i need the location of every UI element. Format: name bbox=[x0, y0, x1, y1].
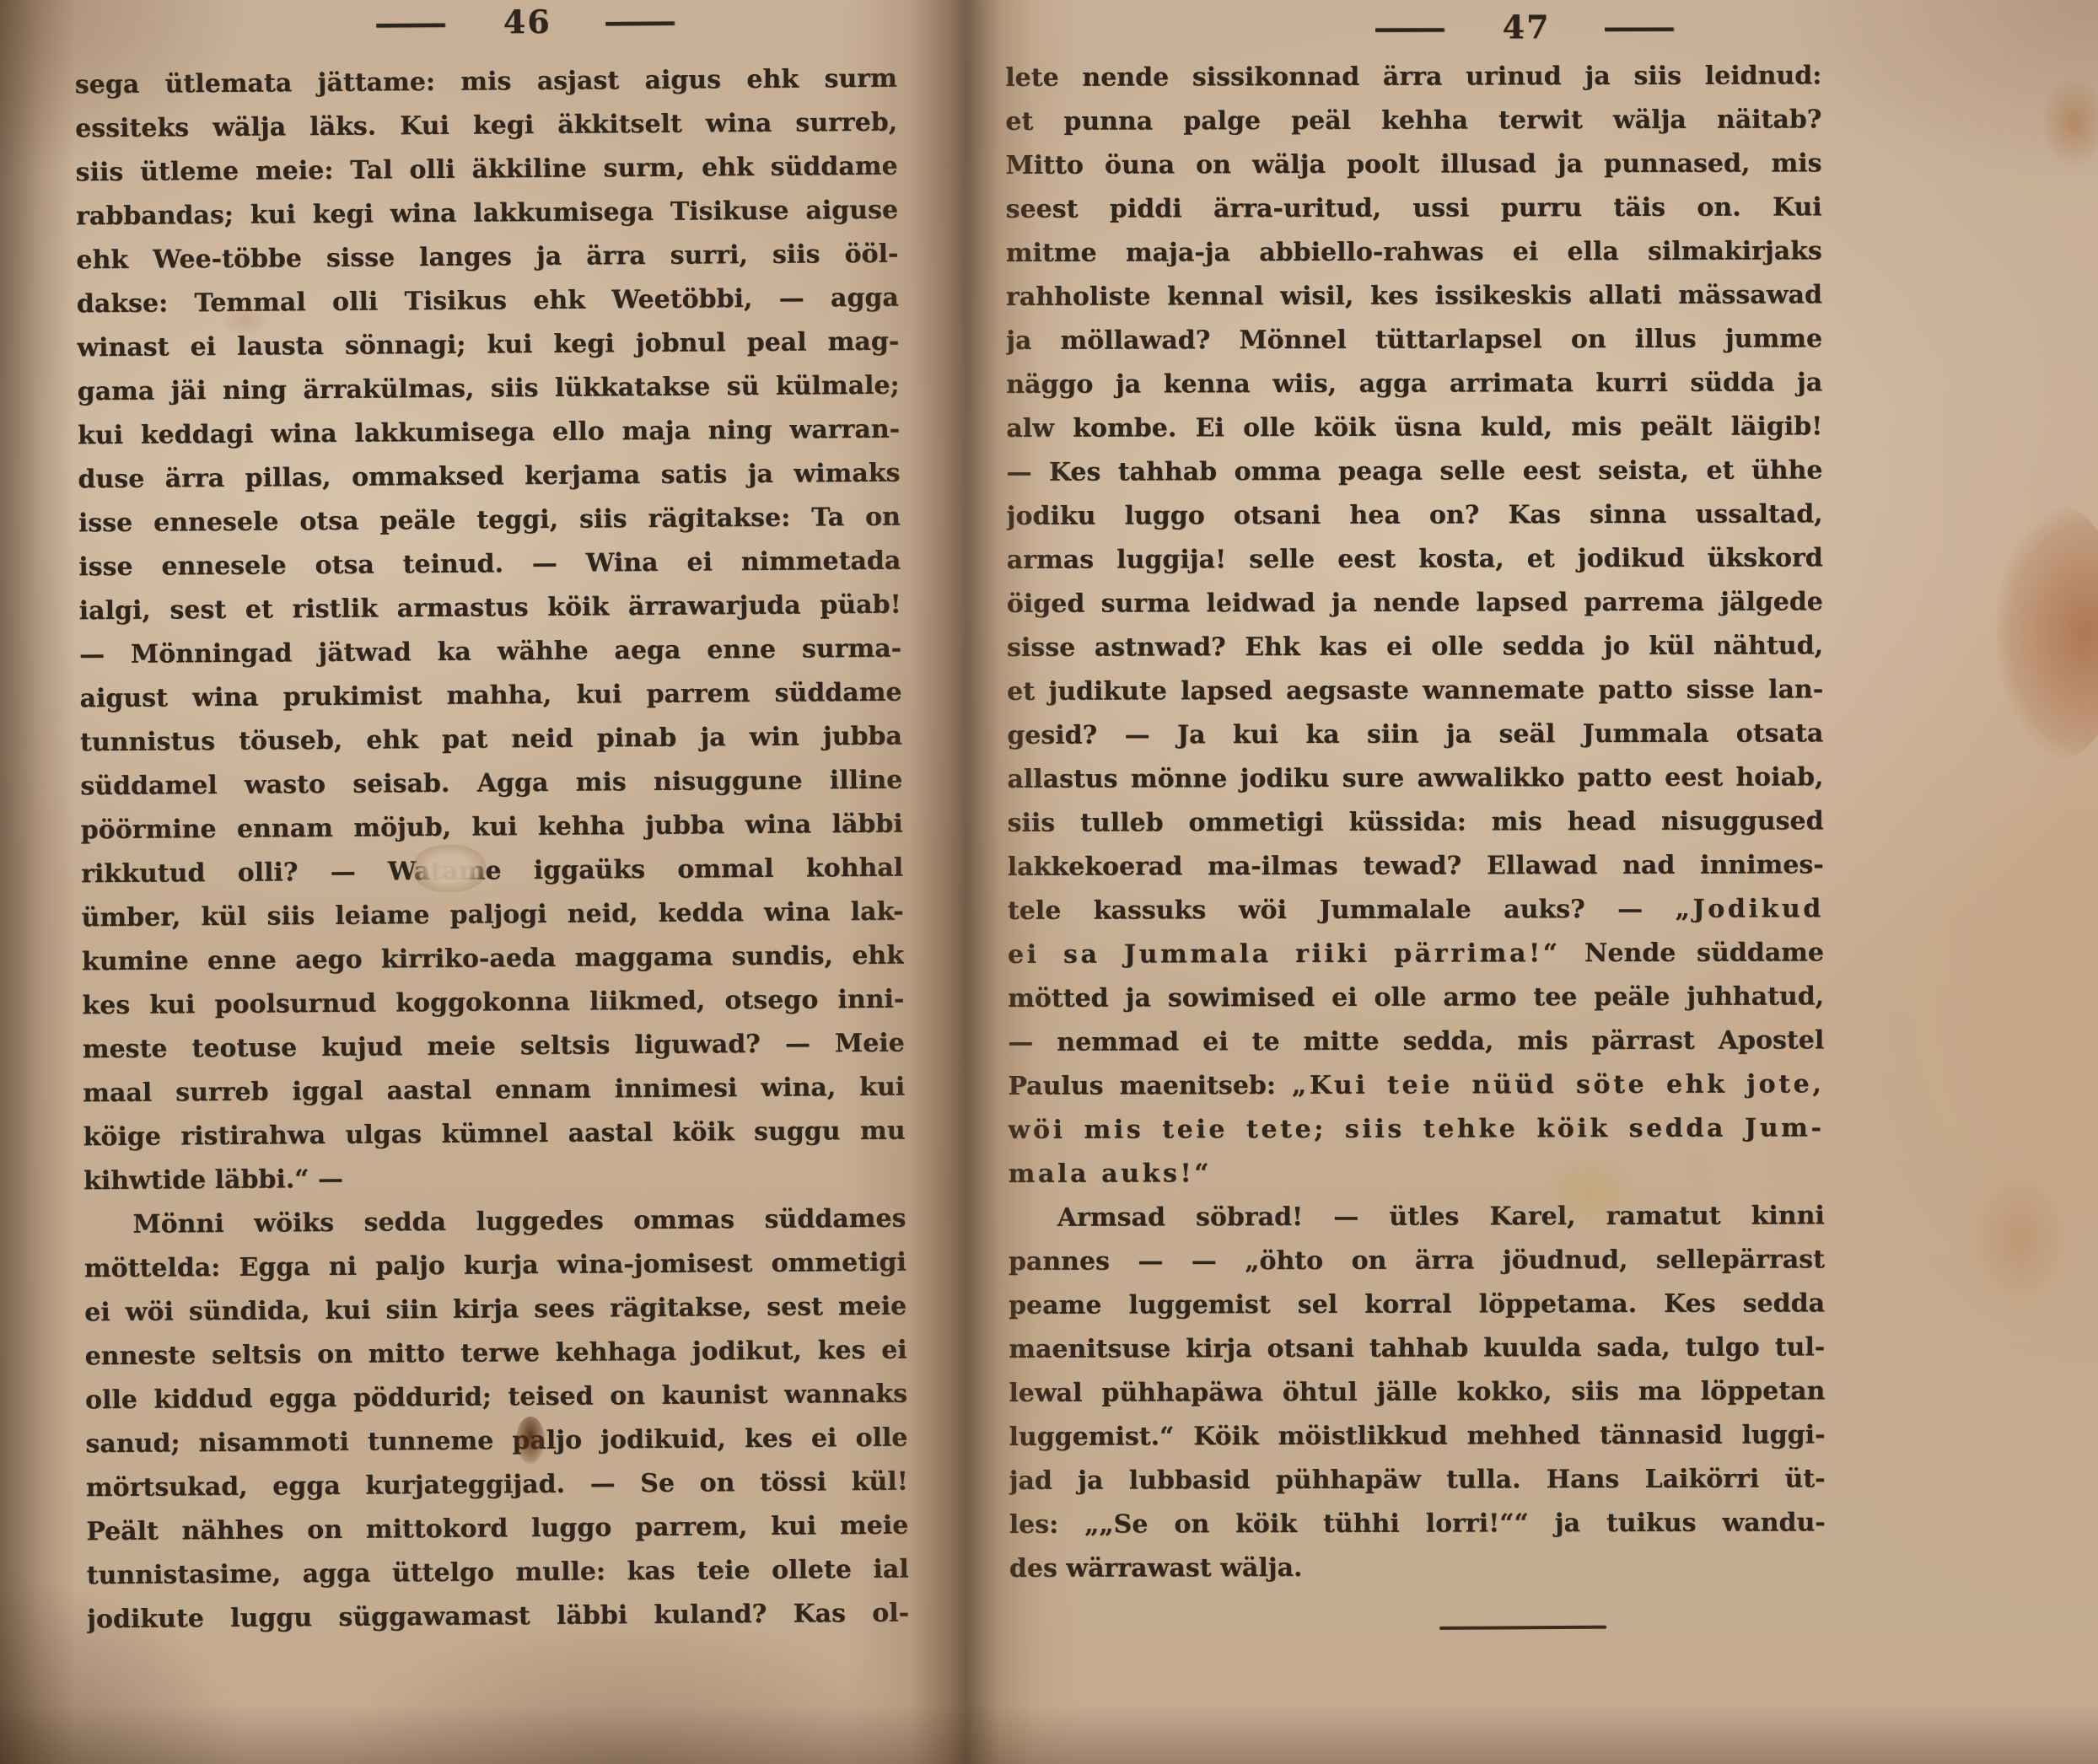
stain bbox=[2041, 76, 2098, 169]
text-line: Mitto öuna on wälja poolt illusad ja pun… bbox=[1005, 142, 1821, 188]
left-page-text: sega ütlemata jättame: mis asjast aigus … bbox=[75, 57, 910, 1643]
text-line: kui keddagi wina lakkumisega ello maja n… bbox=[78, 408, 900, 459]
header-dash: — bbox=[601, 2, 682, 40]
text-line: ei wöi sündida, kui siin kirja sees rägi… bbox=[84, 1285, 906, 1336]
text-line: möttelda: Egga ni paljo kurja wina-jomis… bbox=[84, 1241, 906, 1292]
text-line: ja möllawad? Mönnel tüttarlapsel on illu… bbox=[1006, 317, 1822, 363]
text-line: pöörmine ennam möjub, kui kehha jubba wi… bbox=[81, 803, 903, 853]
header-dash: — bbox=[1371, 8, 1452, 46]
text-line: — Kes tahhab omma peaga selle eest seist… bbox=[1006, 449, 1822, 495]
text-line: peame luggemist sel korral löppetama. Ke… bbox=[1009, 1282, 1825, 1328]
right-page-number: 47 bbox=[1503, 8, 1551, 46]
text-line: ehk Wee-többe sisse langes ja ärra surri… bbox=[76, 233, 898, 283]
text-line: enneste seltsis on mitto terwe kehhaga j… bbox=[84, 1329, 906, 1379]
page-edge-shadow bbox=[0, 0, 76, 1764]
text-line: gama jäi ning ärrakülmas, siis lükkataks… bbox=[77, 364, 899, 415]
stain bbox=[1997, 506, 2098, 759]
text-line: Armsad söbrad! — ütles Karel, ramatut ki… bbox=[1009, 1194, 1825, 1240]
text-line: ialgi, sest et ristlik armastus köik ärr… bbox=[78, 584, 901, 634]
section-end-rule bbox=[1439, 1626, 1606, 1630]
text-line: tunnistus töuseb, ehk pat neid pinab ja … bbox=[80, 715, 902, 766]
text-line: allastus mönne jodiku sure awwalikko pat… bbox=[1007, 756, 1823, 802]
text-line: rabbandas; kui kegi wina lakkumisega Tis… bbox=[76, 189, 898, 239]
text-line: — nemmad ei te mitte sedda, mis pärrast … bbox=[1008, 1019, 1824, 1065]
text-line: gesid? — Ja kui ka siin ja seäl Jummala … bbox=[1007, 712, 1823, 758]
text-line: sanud; nisammoti tunneme paljo jodikuid,… bbox=[85, 1417, 907, 1467]
text-line: jodiku luggo otsani hea on? Kas sinna us… bbox=[1007, 492, 1823, 539]
text-line: maenitsuse kirja otsani tahhab kuulda sa… bbox=[1009, 1326, 1825, 1372]
text-line: duse ärra pillas, ommaksed kerjama satis… bbox=[78, 452, 900, 503]
text-line: wöi mis teie tete; siis tehke köik sedda… bbox=[1008, 1106, 1824, 1153]
text-line: rikkutud olli? — Watame iggaüks ommal ko… bbox=[81, 847, 903, 897]
letterspaced-text: mala auks!“ bbox=[1009, 1159, 1213, 1189]
text-line: essiteks wälja läks. Kui kegi äkkitselt … bbox=[75, 101, 897, 152]
letterspaced-text: wöi mis teie tete; siis tehke köik sedda… bbox=[1008, 1113, 1824, 1145]
text-line: pannes — — „öhto on ärra jöudnud, sellep… bbox=[1009, 1238, 1825, 1284]
text-line: mala auks!“ bbox=[1009, 1150, 1825, 1197]
text-line: ümber, kül siis leiame paljogi neid, ked… bbox=[81, 890, 903, 941]
letterspaced-text: „Jodikud bbox=[1676, 894, 1824, 923]
text-line: näggo ja kenna wiis, agga arrimata kurri… bbox=[1006, 361, 1822, 407]
text-line: Mönni wöiks sedda luggedes ommas süddame… bbox=[83, 1197, 906, 1248]
text-line: sega ütlemata jättame: mis asjast aigus … bbox=[75, 57, 897, 108]
text-line: kumine enne aego kirriko-aeda maggama su… bbox=[82, 934, 904, 985]
text-line: et judikute lapsed aegsaste wannemate pa… bbox=[1007, 668, 1823, 714]
text-line: seest piddi ärra-uritud, ussi purru täis… bbox=[1006, 186, 1822, 232]
text-line: lakkekoerad ma-ilmas tewad? Ellawad nad … bbox=[1008, 843, 1824, 890]
page-edge-shadow bbox=[0, 1705, 2098, 1764]
text-line: tele kassuks wöi Jummalale auks? — „Jodi… bbox=[1008, 887, 1824, 933]
left-page-header: — 46 — bbox=[312, 1, 742, 42]
text-line: siis ütleme meie: Tal olli äkkiline surm… bbox=[75, 145, 897, 196]
text-line: — Mönningad jätwad ka wähhe aega enne su… bbox=[79, 627, 901, 678]
text-line: alw kombe. Ei olle köik üsna kuld, mis p… bbox=[1006, 405, 1822, 451]
left-page-number: 46 bbox=[503, 3, 551, 40]
text-line: lete nende sissikonnad ärra urinud ja si… bbox=[1005, 54, 1821, 100]
letterspaced-text: ei sa Jummala riiki pärrima!“ bbox=[1008, 938, 1584, 970]
text-line: kihwtide läbbi.“ — bbox=[83, 1154, 906, 1204]
text-line: mörtsukad, egga kurjateggijad. — Se on t… bbox=[86, 1460, 908, 1511]
text-line: isse ennesele otsa teinud. — Wina ei nim… bbox=[78, 540, 901, 590]
text-line: dakse: Temmal olli Tisikus ehk Weetöbbi,… bbox=[77, 277, 899, 327]
text-line: köige ristirahwa ulgas kümnel aastal köi… bbox=[83, 1110, 905, 1160]
text-line: maal surreb iggal aastal ennam innimesi … bbox=[83, 1066, 905, 1116]
text-line: öiged surma leidwad ja nende lapsed parr… bbox=[1007, 580, 1823, 627]
text-line: süddamel wasto seisab. Agga mis nisuggun… bbox=[80, 759, 902, 809]
text-line: lewal pühhapäwa öhtul jälle kokko, siis … bbox=[1009, 1369, 1825, 1416]
header-dash: — bbox=[372, 3, 453, 42]
book-scan: — 46 — sega ütlemata jättame: mis asjast… bbox=[0, 0, 2098, 1764]
text-line: et punna palge peäl kehha terwit wälja n… bbox=[1005, 98, 1821, 144]
text-line: olle kiddud egga pöddurid; teised on kau… bbox=[85, 1373, 907, 1423]
text-line: winast ei lausta sönnagi; kui kegi jobnu… bbox=[77, 320, 899, 371]
right-page-header: — 47 — bbox=[1311, 8, 1741, 46]
text-line: Peält nähhes on mittokord luggo parrem, … bbox=[86, 1504, 908, 1555]
right-page-text: lete nende sissikonnad ärra urinud ja si… bbox=[1005, 54, 1826, 1591]
text-line: siis tulleb ommetigi küssida: mis head n… bbox=[1007, 799, 1823, 846]
stain bbox=[1965, 1164, 2074, 1315]
text-line: ei sa Jummala riiki pärrima!“ Nende südd… bbox=[1008, 931, 1824, 977]
text-line: jad ja lubbasid pühhapäw tulla. Hans Lai… bbox=[1009, 1457, 1826, 1503]
text-line: mitme maja-ja abbiello-rahwas ei ella si… bbox=[1006, 229, 1822, 276]
text-line: rahholiste kennal wisil, kes issikeskis … bbox=[1006, 273, 1822, 320]
text-line: Paulus maenitseb: „Kui teie nüüd söte eh… bbox=[1008, 1062, 1824, 1109]
text-line: des wärrawast wälja. bbox=[1009, 1545, 1826, 1591]
text-line: aigust wina prukimist mahha, kui parrem … bbox=[79, 671, 901, 722]
text-line: mötted ja sowimised ei olle armo tee peä… bbox=[1008, 975, 1824, 1021]
text-line: sisse astnwad? Ehk kas ei olle sedda jo … bbox=[1007, 624, 1823, 670]
text-line: luggemist.“ Köik möistlikkud mehhed tänn… bbox=[1009, 1413, 1825, 1460]
text-line: isse ennesele otsa peäle teggi, siis räg… bbox=[78, 496, 901, 546]
text-line: kes kui poolsurnud koggokonna liikmed, o… bbox=[82, 978, 904, 1029]
letterspaced-text: „Kui teie nüüd söte ehk jote, bbox=[1292, 1069, 1824, 1100]
text-line: les: „„Se on köik tühhi lorri!““ ja tuik… bbox=[1009, 1501, 1826, 1547]
text-line: tunnistasime, agga üttelgo mulle: kas te… bbox=[86, 1548, 908, 1599]
header-dash: — bbox=[1600, 8, 1681, 46]
text-line: jodikute luggu süggawamast läbbi kuland?… bbox=[87, 1592, 909, 1643]
text-line: meste teotuse kujud meie seltsis liguwad… bbox=[83, 1022, 905, 1073]
text-line: armas luggija! selle eest kosta, et jodi… bbox=[1007, 536, 1823, 583]
